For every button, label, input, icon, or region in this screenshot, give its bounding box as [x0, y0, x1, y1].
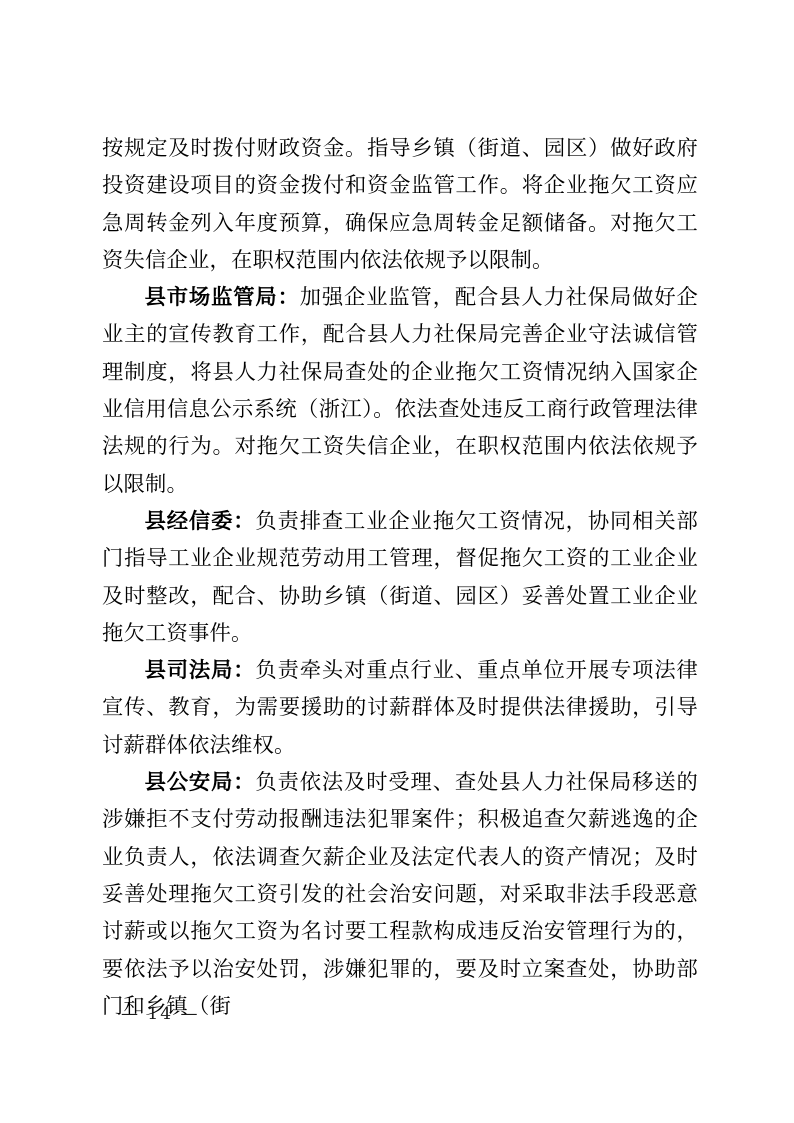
paragraph: 县司法局：负责牵头对重点行业、重点单位开展专项法律宣传、教育，为需要援助的讨薪群… [102, 652, 698, 764]
document-page: 按规定及时拨付财政资金。指导乡镇（街道、园区）做好政府投资建设项目的资金拨付和资… [0, 0, 794, 1123]
paragraph: 按规定及时拨付财政资金。指导乡镇（街道、园区）做好政府投资建设项目的资金拨付和资… [102, 130, 698, 279]
paragraph: 县市场监管局：加强企业监管，配合县人力社保局做好企业主的宣传教育工作，配合县人力… [102, 279, 698, 503]
document-body: 按规定及时拨付财政资金。指导乡镇（街道、园区）做好政府投资建设项目的资金拨付和资… [102, 130, 698, 1025]
dept-name-bold: 县市场监管局： [145, 285, 300, 310]
dept-name-bold: 县经信委： [145, 509, 256, 534]
page-number: — 14 — [121, 1002, 199, 1026]
paragraph-text: 加强企业监管，配合县人力社保局做好企业主的宣传教育工作，配合县人力社保局完善企业… [102, 285, 698, 496]
dept-name-bold: 县司法局： [145, 658, 256, 683]
paragraph-text: 按规定及时拨付财政资金。指导乡镇（街道、园区）做好政府投资建设项目的资金拨付和资… [102, 136, 698, 273]
paragraph-text: 负责依法及时受理、查处县人力社保局移送的涉嫌拒不支付劳动报酬违法犯罪案件；积极追… [102, 770, 698, 1019]
dept-name-bold: 县公安局： [145, 770, 256, 795]
paragraph: 县经信委：负责排查工业企业拖欠工资情况，协同相关部门指导工业企业规范劳动用工管理… [102, 503, 698, 652]
paragraph: 县公安局：负责依法及时受理、查处县人力社保局移送的涉嫌拒不支付劳动报酬违法犯罪案… [102, 764, 698, 1025]
